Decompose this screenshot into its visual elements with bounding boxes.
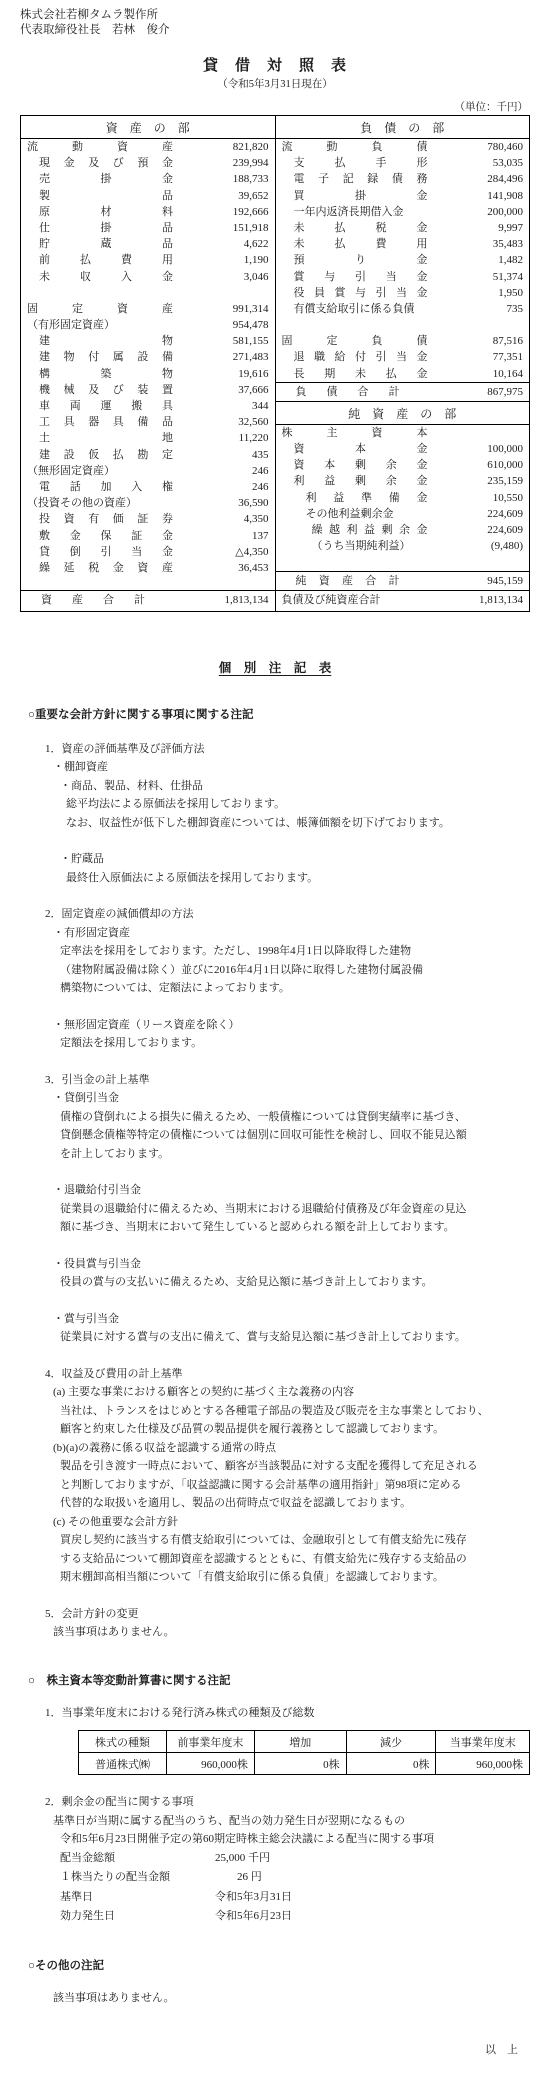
account-label: その他利益剰余金 (306, 506, 394, 522)
dividend-note-label: 2．剰余金の配当に関する事項 (20, 1793, 530, 1812)
asset-row: 機械及び装置37,666 (21, 382, 275, 398)
assets-header: 資 産 の 部 (21, 116, 275, 139)
account-label: 資産合計 (41, 591, 145, 609)
balance-sheet-table: 資 産 の 部 流動資産821,820現金及び預金239,994売掛金188,7… (20, 115, 530, 612)
account-value: 36,453 (238, 560, 268, 576)
liabilities-column: 負 債 の 部 流動負債780,460支払手形53,035電子記録債務284,4… (276, 116, 530, 611)
account-label: 電話加入権 (39, 479, 173, 495)
representative-name: 代表取締役社長 若林 俊介 (20, 23, 530, 38)
asset-row: 製品39,652 (21, 188, 275, 204)
dividend-item-value: 令和5年6月23日 (215, 1907, 292, 1927)
account-value: 188,733 (233, 171, 269, 187)
note-line: ・貯蔵品 (20, 850, 530, 869)
note-line: (c) その他重要な会計方針 (20, 1513, 530, 1532)
unit-label: （単位：千円） (20, 99, 528, 114)
note-line: 買戻し契約に該当する有償支給取引については、金融取引として有償支給先に残存 (20, 1531, 530, 1550)
dividend-item-label: 配当金総額 (60, 1849, 215, 1869)
asset-row: 流動資産821,820 (21, 139, 275, 155)
account-value: 735 (507, 301, 524, 317)
liability-row: その他利益剰余金224,609 (276, 506, 530, 522)
note-line: と判断しておりますが、「収益認識に関する会計基準の適用指針」第98項に定める (20, 1476, 530, 1495)
other-notes-heading: ○その他の注記 (28, 1957, 530, 1973)
account-value: 11,220 (239, 430, 269, 446)
account-value: 32,560 (238, 414, 268, 430)
account-label: 未払費用 (294, 236, 428, 252)
account-value: 1,190 (244, 252, 269, 268)
account-label: 未払税金 (294, 220, 428, 236)
account-label: 貯蔵品 (39, 236, 173, 252)
page-title: 貸 借 対 照 表 (20, 54, 530, 75)
liabilities-header: 負 債 の 部 (276, 116, 530, 139)
shares-table-header: 株式の種類 (79, 1731, 167, 1753)
account-value: 35,483 (493, 236, 523, 252)
note-line: ・棚卸資産 (20, 758, 530, 777)
account-value: 239,994 (233, 155, 269, 171)
note-line: 製品を引き渡す一時点において、顧客が当該製品に対する支配を獲得して充足される (20, 1457, 530, 1476)
notes-title: 個 別 注 記 表 (20, 658, 530, 676)
account-label: 建物付属設備 (39, 349, 173, 365)
account-label: 電子記録債務 (294, 171, 428, 187)
account-value: 53,035 (493, 155, 523, 171)
note-line: ・賞与引当金 (20, 1310, 530, 1329)
account-value: 1,813,134 (479, 591, 523, 609)
account-value: 37,666 (238, 382, 268, 398)
note-line: する支給品について棚卸資産を認識するとともに、有償支給先に残存する支給品の (20, 1550, 530, 1569)
asset-row: 建設仮払勘定435 (21, 447, 275, 463)
notes-title-text: 個 別 注 記 表 (219, 661, 332, 675)
note-line: 期末棚卸高相当額について「有償支給取引に係る負債」を認識しております。 (20, 1568, 530, 1587)
liability-row: 利益準備金10,550 (276, 490, 530, 506)
account-label: 負債合計 (296, 383, 400, 401)
asset-row: （無形固定資産）246 (21, 463, 275, 479)
account-label: 長期未払金 (294, 366, 428, 382)
dividend-item-row: 配当金総額25,000 千円 (20, 1849, 530, 1869)
account-label: 負債及び純資産合計 (282, 591, 381, 609)
shares-table-header: 増加 (254, 1731, 346, 1753)
document-page: 株式会社若柳タムラ製作所 代表取締役社長 若林 俊介 貸 借 対 照 表 （令和… (0, 0, 550, 2081)
account-label: 預り金 (294, 252, 428, 268)
account-label: 有償支給取引に係る負債 (294, 301, 415, 317)
dividend-item-row: 基準日令和5年3月31日 (20, 1888, 530, 1908)
note-line: 顧客と約束した仕様及び品質の製品提供を履行義務として認識しております。 (20, 1420, 530, 1439)
closing-mark: 以 上 (20, 2041, 530, 2057)
account-label: 建物 (39, 333, 173, 349)
account-value: 4,350 (244, 511, 269, 527)
account-value: 19,616 (238, 366, 268, 382)
account-value: 284,496 (487, 171, 523, 187)
shares-table-cell: 960,000株 (166, 1753, 254, 1775)
account-label: 構築物 (39, 366, 173, 382)
asset-blank-row (21, 285, 275, 301)
asset-row: 固定資産991,314 (21, 301, 275, 317)
account-value: 867,975 (487, 383, 523, 401)
other-notes-body: 該当事項はありません。 (20, 1989, 530, 2008)
liability-row: （うち当期純利益）(9,480) (276, 538, 530, 554)
account-label: 株主資本 (282, 425, 428, 441)
account-value: 224,609 (487, 522, 523, 538)
asset-row: 工具器具備品32,560 (21, 414, 275, 430)
asset-row: 売掛金188,733 (21, 171, 275, 187)
account-value: 87,516 (493, 333, 523, 349)
company-name: 株式会社若柳タムラ製作所 (20, 8, 530, 23)
account-label: 固定資産 (27, 301, 173, 317)
account-label: 固定負債 (282, 333, 428, 349)
asset-row: 車両運搬具344 (21, 398, 275, 414)
note-line: （建物附属設備は除く）並びに2016年4月1日以降に取得した建物付属設備 (20, 961, 530, 980)
account-value: 141,908 (487, 188, 523, 204)
note-line: 5．会計方針の変更 (20, 1605, 530, 1624)
liability-row: 資本金100,000 (276, 441, 530, 457)
account-value: △4,350 (235, 544, 268, 560)
account-value: 1,950 (498, 285, 523, 301)
note-line: (b)(a)の義務に係る収益を認識する通常の時点 (20, 1439, 530, 1458)
note-line: 最終仕入原価法による原価法を採用しております。 (20, 869, 530, 888)
account-value: 246 (252, 463, 269, 479)
account-value: 10,550 (493, 490, 523, 506)
account-label: 流動負債 (282, 139, 428, 155)
account-label: 資本剰余金 (294, 457, 428, 473)
account-label: 賞与引当金 (294, 269, 428, 285)
account-label: 前払費用 (39, 252, 173, 268)
note-line: 従業員の退職給付に備えるため、当期末における退職給付債務及び年金資産の見込 (20, 1200, 530, 1219)
liability-row: 流動負債780,460 (276, 139, 530, 155)
dividend-item-label: 効力発生日 (60, 1907, 215, 1927)
asset-row: （有形固定資産）954,478 (21, 317, 275, 333)
account-value: 991,314 (233, 301, 269, 317)
shares-table-header: 当事業年度末 (436, 1731, 530, 1753)
account-label: 未収入金 (39, 269, 173, 285)
account-label: 貸倒引当金 (39, 544, 173, 560)
liability-blank-row (276, 317, 530, 333)
liability-row: 繰越利益剰余金224,609 (276, 522, 530, 538)
company-block: 株式会社若柳タムラ製作所 代表取締役社長 若林 俊介 (20, 8, 530, 38)
asset-row: 仕掛品151,918 (21, 220, 275, 236)
account-value: 1,813,134 (225, 591, 269, 609)
account-label: （投資その他の資産） (27, 495, 137, 511)
note-line: 債権の貸倒れによる損失に備えるため、一般債権については貸倒実績率に基づき、 (20, 1108, 530, 1127)
asset-row: （投資その他の資産）36,590 (21, 495, 275, 511)
account-value: 100,000 (487, 441, 523, 457)
liability-row: 役員賞与引当金1,950 (276, 285, 530, 301)
account-label: 売掛金 (39, 171, 173, 187)
shares-note-label: 1．当事業年度末における発行済み株式の種類及び総数 (20, 1704, 530, 1723)
note-line: 額に基づき、当期末において発生していると認められる額を計上しております。 (20, 1218, 530, 1237)
note-line: 貸倒懸念債権等特定の債権については個別に回収可能性を検討し、回収不能見込額 (20, 1126, 530, 1145)
note-line: なお、収益性が低下した棚卸資産については、帳簿価額を切下げております。 (20, 814, 530, 833)
account-value: 224,609 (487, 506, 523, 522)
account-label: （無形固定資産） (27, 463, 115, 479)
liability-row: 資本剰余金610,000 (276, 457, 530, 473)
account-value: 610,000 (487, 457, 523, 473)
account-value: 51,374 (493, 269, 523, 285)
account-label: 支払手形 (294, 155, 428, 171)
account-label: 資本金 (294, 441, 428, 457)
dividend-item-label: 基準日 (60, 1888, 215, 1908)
dividend-item-row: 効力発生日令和5年6月23日 (20, 1907, 530, 1927)
net-assets-section-header: 純 資 産 の 部 (276, 401, 530, 425)
liability-blank-row (276, 554, 530, 570)
note-line: 4．収益及び費用の計上基準 (20, 1365, 530, 1384)
account-label: 繰延税金資産 (39, 560, 173, 576)
account-value: 39,652 (238, 188, 268, 204)
note-line: ・退職給付引当金 (20, 1181, 530, 1200)
note-line: 構築物については、定額法によっております。 (20, 979, 530, 998)
asset-row: 資産合計1,813,134 (21, 590, 275, 609)
account-label: （有形固定資産） (27, 317, 115, 333)
shares-table-cell: 普通株式㈱ (79, 1753, 167, 1775)
accounting-policies-lines: 1．資産の評価基準及び評価方法・棚卸資産・商品、製品、材料、仕掛品総平均法による… (20, 740, 530, 1642)
asset-row: 構築物19,616 (21, 366, 275, 382)
note-line: 定額法を採用しております。 (20, 1034, 530, 1053)
liability-row: 賞与引当金51,374 (276, 269, 530, 285)
account-value: (9,480) (491, 538, 523, 554)
account-value: 1,482 (498, 252, 523, 268)
account-label: 純資産合計 (296, 572, 400, 590)
liability-row: 電子記録債務284,496 (276, 171, 530, 187)
account-value: 780,460 (487, 139, 523, 155)
account-label: 繰越利益剰余金 (312, 522, 428, 538)
liability-row: 利益剰余金235,159 (276, 473, 530, 489)
asset-row: 前払費用1,190 (21, 252, 275, 268)
liability-row: 未払税金9,997 (276, 220, 530, 236)
account-value: 271,483 (233, 349, 269, 365)
note-line: 総平均法による原価法を採用しております。 (20, 795, 530, 814)
account-value: 151,918 (233, 220, 269, 236)
account-value: 581,155 (233, 333, 269, 349)
account-label: 現金及び預金 (39, 155, 173, 171)
account-label: 投資有価証券 (39, 511, 173, 527)
account-label: 原材料 (39, 204, 173, 220)
liability-row: 固定負債87,516 (276, 333, 530, 349)
account-label: 一年内返済長期借入金 (294, 204, 404, 220)
asset-row: 建物581,155 (21, 333, 275, 349)
account-label: 買掛金 (294, 188, 428, 204)
account-value: 3,046 (244, 269, 269, 285)
asset-row: 電話加入権246 (21, 479, 275, 495)
account-value: 36,590 (238, 495, 268, 511)
account-label: 車両運搬具 (39, 398, 173, 414)
as-of-date: （令和5年3月31日現在） (20, 76, 530, 91)
account-value: 10,164 (493, 366, 523, 382)
dividend-item-row: １株当たりの配当金額 26 円 (20, 1868, 530, 1888)
dividend-item-value: 26 円 (215, 1868, 262, 1888)
note-line: ・無形固定資産（リース資産を除く） (20, 1016, 530, 1035)
equity-notes-heading: ○ 株主資本等変動計算書に関する注記 (28, 1672, 530, 1688)
asset-row: 土地11,220 (21, 430, 275, 446)
account-value: 954,478 (233, 317, 269, 333)
liability-row: 負債及び純資産合計1,813,134 (276, 590, 530, 609)
account-value: 945,159 (487, 572, 523, 590)
account-label: 利益剰余金 (294, 473, 428, 489)
asset-row: 繰延税金資産36,453 (21, 560, 275, 576)
asset-row: 投資有価証券4,350 (21, 511, 275, 527)
account-value: 821,820 (233, 139, 269, 155)
account-value: 435 (252, 447, 269, 463)
shares-table-header: 前事業年度末 (166, 1731, 254, 1753)
account-value: 192,666 (233, 204, 269, 220)
liability-row: 純資産合計945,159 (276, 571, 530, 590)
note-line: ・有形固定資産 (20, 924, 530, 943)
shares-table: 株式の種類前事業年度末増加減少当事業年度末普通株式㈱960,000株0株0株96… (78, 1730, 530, 1775)
liability-row: 有償支給取引に係る負債735 (276, 301, 530, 317)
account-label: 役員賞与引当金 (294, 285, 428, 301)
note-line: 役員の賞与の支払いに備えるため、支給見込額に基づき計上しております。 (20, 1273, 530, 1292)
account-label: 退職給付引当金 (294, 349, 428, 365)
note-line: 2．固定資産の減価償却の方法 (20, 905, 530, 924)
note-line: 1．資産の評価基準及び評価方法 (20, 740, 530, 759)
account-value: 200,000 (487, 204, 523, 220)
asset-row: 敷金保証金137 (21, 528, 275, 544)
dividend-item-value: 令和5年3月31日 (215, 1888, 292, 1908)
liability-row: 一年内返済長期借入金200,000 (276, 204, 530, 220)
account-value: 344 (252, 398, 269, 414)
shares-table-header: 減少 (346, 1731, 436, 1753)
account-value: 235,159 (487, 473, 523, 489)
note-line: 代替的な取扱いを適用し、製品の出荷時点で収益を認識しております。 (20, 1494, 530, 1513)
assets-rows: 流動資産821,820現金及び預金239,994売掛金188,733製品39,6… (21, 139, 275, 611)
asset-row: 貸倒引当金△4,350 (21, 544, 275, 560)
note-line: ・貸倒引当金 (20, 1089, 530, 1108)
shares-table-cell: 0株 (254, 1753, 346, 1775)
note-line: ・役員賞与引当金 (20, 1255, 530, 1274)
asset-row: 建物付属設備271,483 (21, 349, 275, 365)
liability-row: 負債合計867,975 (276, 382, 530, 401)
liability-row: 長期未払金10,164 (276, 366, 530, 382)
note-line: を計上しております。 (20, 1145, 530, 1164)
asset-row: 原材料192,666 (21, 204, 275, 220)
account-label: 機械及び装置 (39, 382, 173, 398)
note-line: 該当事項はありません。 (20, 1623, 530, 1642)
note-line: (a) 主要な事業における顧客との契約に基づく主な義務の内容 (20, 1383, 530, 1402)
dividend-intro-line: 令和5年6月23日開催予定の第60期定時株主総会決議による配当に関する事項 (20, 1830, 530, 1849)
note-line: 従業員に対する賞与の支出に備えて、賞与支給見込額に基づき計上しております。 (20, 1328, 530, 1347)
liability-row: 株主資本 (276, 425, 530, 441)
shares-table-cell: 0株 (346, 1753, 436, 1775)
account-label: 流動資産 (27, 139, 173, 155)
dividend-intro-line: 基準日が当期に属する配当のうち、配当の効力発生日が翌期になるもの (20, 1812, 530, 1831)
dividend-item-label: １株当たりの配当金額 (60, 1868, 215, 1888)
liability-row: 未払費用35,483 (276, 236, 530, 252)
account-label: 工具器具備品 (39, 414, 173, 430)
account-label: 敷金保証金 (39, 528, 173, 544)
account-label: 製品 (39, 188, 173, 204)
account-label: 利益準備金 (306, 490, 428, 506)
assets-column: 資 産 の 部 流動資産821,820現金及び預金239,994売掛金188,7… (21, 116, 276, 611)
liability-row: 買掛金141,908 (276, 188, 530, 204)
account-value: 77,351 (493, 349, 523, 365)
account-value: 137 (252, 528, 269, 544)
shares-table-cell: 960,000株 (436, 1753, 530, 1775)
account-label: （うち当期純利益） (312, 538, 411, 554)
account-value: 9,997 (498, 220, 523, 236)
asset-row: 未収入金3,046 (21, 269, 275, 285)
account-value: 4,622 (244, 236, 269, 252)
note-line: 3．引当金の計上基準 (20, 1071, 530, 1090)
dividend-intro-lines: 基準日が当期に属する配当のうち、配当の効力発生日が翌期になるもの令和5年6月23… (20, 1812, 530, 1849)
asset-row: 貯蔵品4,622 (21, 236, 275, 252)
dividend-items: 配当金総額25,000 千円１株当たりの配当金額 26 円基準日令和5年3月31… (20, 1849, 530, 1927)
liability-row: 支払手形53,035 (276, 155, 530, 171)
accounting-policies-heading: ○重要な会計方針に関する事項に関する注記 (28, 706, 530, 722)
account-label: 建設仮払勘定 (39, 447, 173, 463)
note-line: ・商品、製品、材料、仕掛品 (20, 777, 530, 796)
liabilities-rows: 流動負債780,460支払手形53,035電子記録債務284,496買掛金141… (276, 139, 530, 611)
dividend-item-value: 25,000 千円 (215, 1849, 270, 1869)
note-line: 当社は、トランスをはじめとする各種電子部品の製造及び販売を主な事業としており、 (20, 1402, 530, 1421)
asset-row: 現金及び預金239,994 (21, 155, 275, 171)
liability-row: 退職給付引当金77,351 (276, 349, 530, 365)
note-line: 定率法を採用をしております。ただし、1998年4月1日以降取得した建物 (20, 942, 530, 961)
account-label: 仕掛品 (39, 220, 173, 236)
account-value: 246 (252, 479, 269, 495)
liability-row: 預り金1,482 (276, 252, 530, 268)
account-label: 土地 (39, 430, 173, 446)
